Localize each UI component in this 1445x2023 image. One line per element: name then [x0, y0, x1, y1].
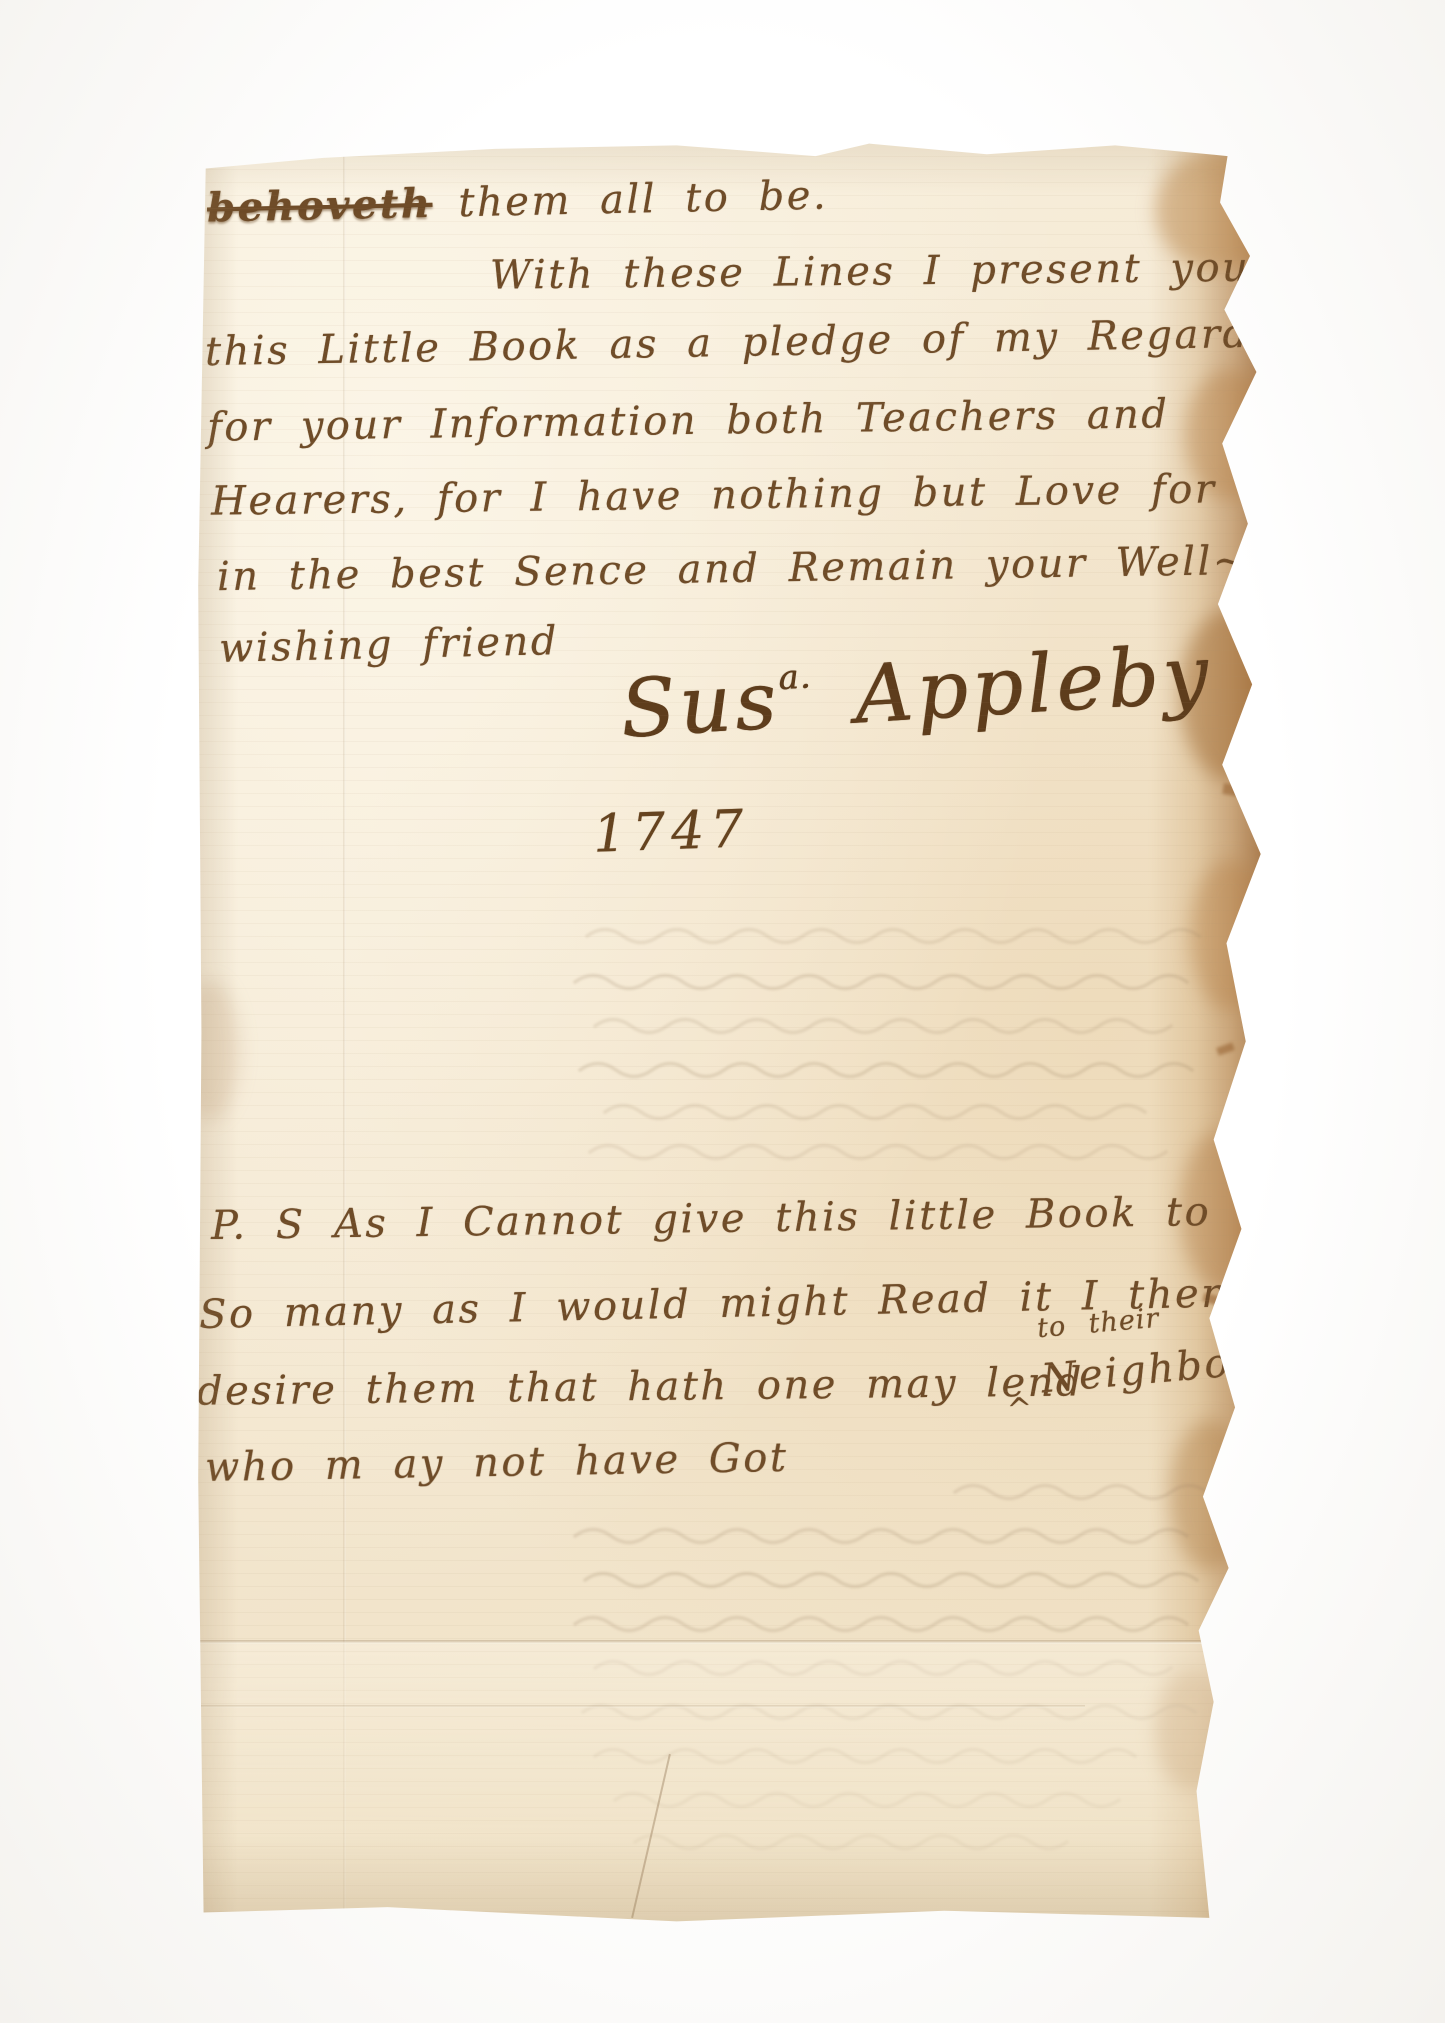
folded-bottom-section: [195, 1642, 1265, 1925]
postscript-line: desire them that hath one may lend: [197, 1359, 1084, 1414]
edge-chip: [1222, 783, 1248, 798]
edge-stain: [1170, 1420, 1250, 1570]
fold-crease: [195, 1705, 1085, 1708]
handwritten-line: wishing friend: [219, 618, 560, 672]
handwritten-line: this Little Book as a pledge of my Regar…: [205, 311, 1251, 375]
signature: Susa. Appleby: [618, 627, 1215, 756]
edge-chip: [1234, 558, 1254, 571]
edge-stain: [180, 980, 240, 1120]
signature-superscript: a.: [777, 656, 812, 697]
postscript-line: So many as I would might Read it I there…: [199, 1268, 1341, 1338]
paper-tear: [631, 1754, 671, 1918]
edge-stain: [1155, 1670, 1230, 1790]
handwritten-line: behoveththem all to be.: [207, 172, 829, 232]
edge-chip: [1226, 302, 1250, 319]
handwritten-line: for your Information both Teachers and: [207, 391, 1170, 450]
fold-crease: [195, 1640, 1265, 1644]
date-year: 1747: [592, 799, 750, 864]
postscript-line: who m ay not have Got: [205, 1435, 789, 1491]
handwritten-line: in the best Sence and Remain your Well~: [217, 538, 1249, 600]
handwritten-line: Hearers, for I have nothing but Love for…: [211, 465, 1302, 524]
handwritten-line: With these Lines I present you with: [490, 243, 1378, 298]
strikethrough-word: behoveth: [207, 180, 433, 232]
manuscript-photo: behoveththem all to be. With these Lines…: [0, 0, 1445, 2023]
edge-chip: [1216, 1042, 1235, 1055]
line-text: them all to be.: [458, 173, 829, 227]
insertion-caret: ^: [1006, 1391, 1036, 1428]
manuscript-page: behoveththem all to be. With these Lines…: [195, 140, 1265, 1925]
edge-stain: [1190, 860, 1270, 1010]
postscript-line: P. S As I Cannot give this little Book t…: [211, 1189, 1212, 1249]
insertion-word: Neighbour: [1039, 1336, 1282, 1403]
